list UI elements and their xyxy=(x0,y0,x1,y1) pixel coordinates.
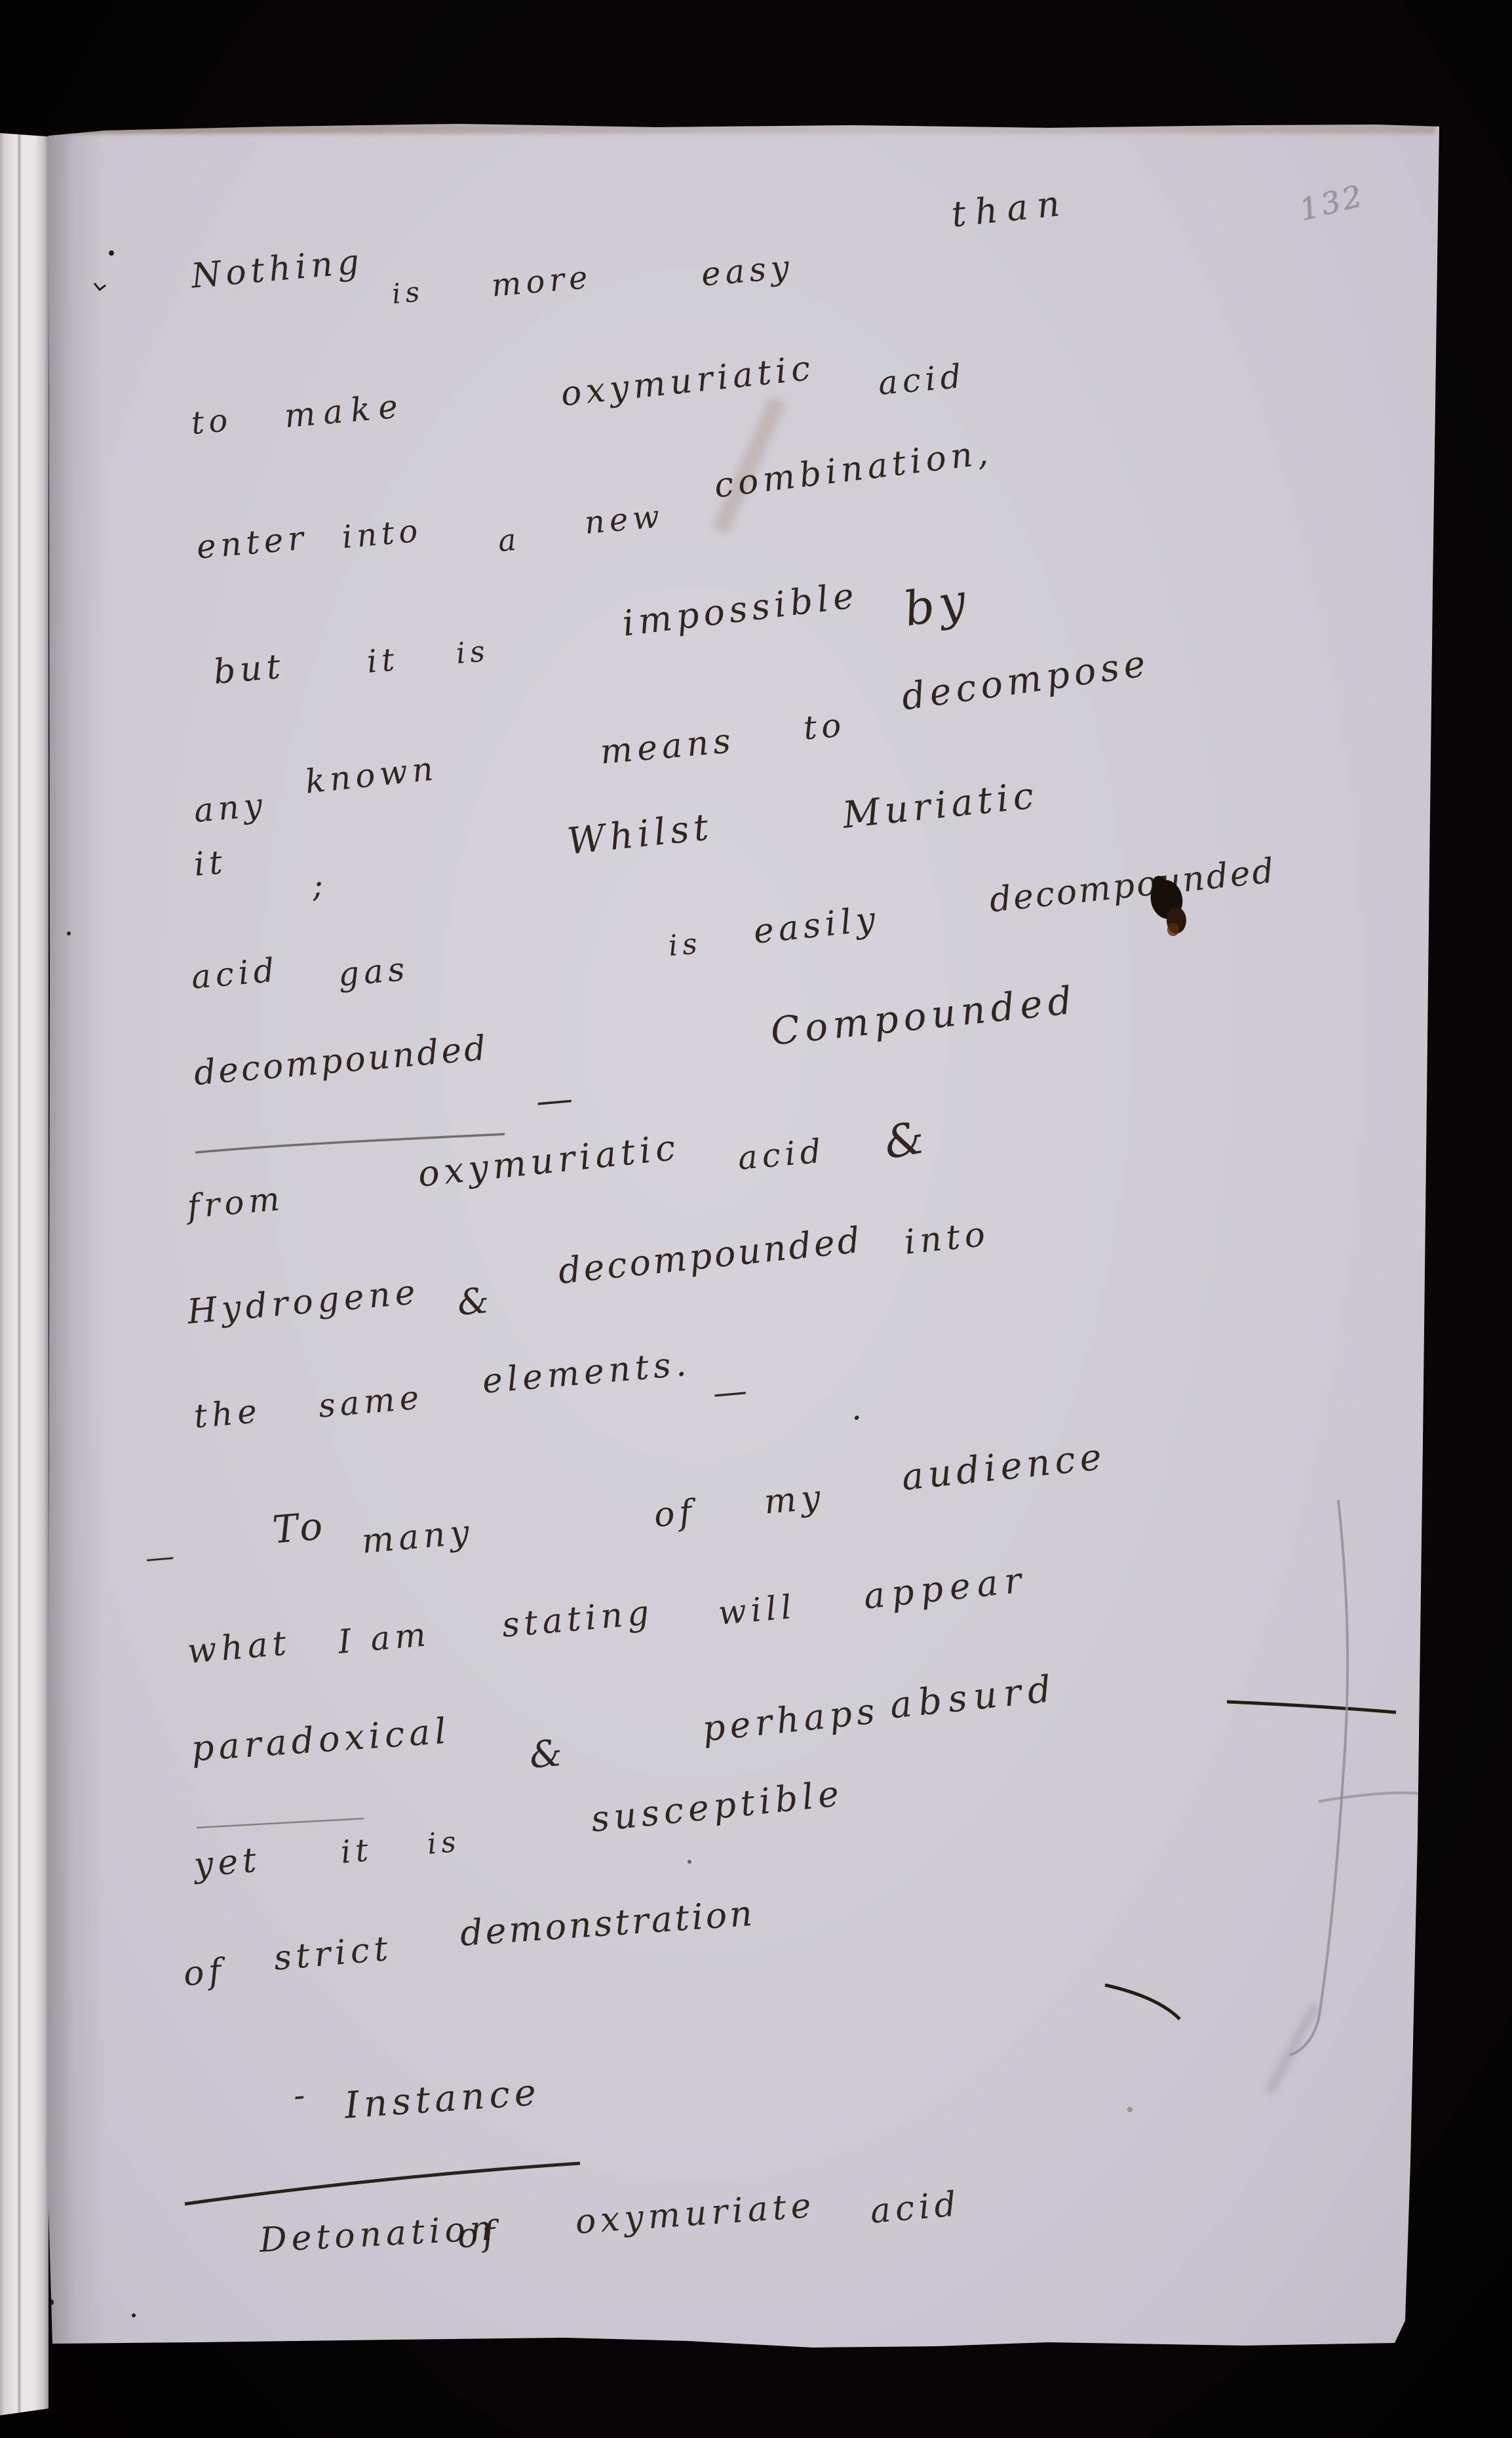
demonstration-dash-ink xyxy=(1105,1985,1180,2019)
ink-blot xyxy=(1147,876,1186,936)
margin-line-pencil xyxy=(1290,1500,1347,2055)
margin-cross-pencil xyxy=(1319,1793,1420,1801)
binding-crease xyxy=(17,128,22,2418)
marks-overlay xyxy=(0,0,1512,2438)
underline-paradoxical xyxy=(197,1819,364,1828)
absurd-dash-ink xyxy=(1227,1702,1396,1712)
underline-instance xyxy=(185,2163,580,2204)
underline-decompounded xyxy=(195,1134,505,1152)
ink-specks xyxy=(37,250,1133,2317)
photograph: Nothingismoreeasythantomakeoxymuriaticac… xyxy=(0,0,1512,2438)
manuscript-page: Nothingismoreeasythantomakeoxymuriaticac… xyxy=(0,0,1512,2438)
adjacent-page-edge xyxy=(0,128,48,2418)
